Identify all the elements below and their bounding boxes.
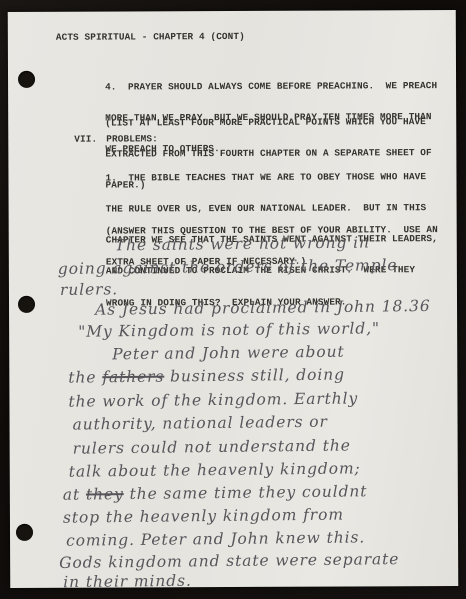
paper-sheet: ACTS SPIRITUAL - CHAPTER 4 (CONT) 4. PRA… xyxy=(8,10,459,588)
handwritten-line: in their minds. xyxy=(63,572,192,591)
handwritten-line: "My Kingdom is not of this world," xyxy=(78,319,380,340)
handwritten-line: rulers could not understand the xyxy=(73,437,351,458)
handwritten-line: talk about the heavenly kingdom; xyxy=(69,459,361,480)
section-title: PROBLEMS: xyxy=(106,134,158,145)
handwritten-line: The saints were not wrong in xyxy=(115,234,370,255)
struck-out-word: fathers xyxy=(102,368,164,387)
handwritten-line-with-strikethrough: at they the same time they couldnt xyxy=(63,482,368,503)
typed-line: (LIST AT LEAST FOUR MORE PRACTICAL POINT… xyxy=(105,117,431,129)
hole-punch-bottom-icon xyxy=(16,524,33,541)
typed-line: 4. PRAYER SHOULD ALWAYS COME BEFORE PREA… xyxy=(105,81,437,93)
handwritten-line: Peter and John were about xyxy=(112,343,345,364)
handwritten-line: the work of the kingdom. Earthly xyxy=(68,389,358,410)
handwritten-line: Gods kingdom and state were separate xyxy=(59,550,399,572)
handwritten-line: authority, national leaders or xyxy=(72,413,327,434)
handwritten-line: coming. Peter and John knew this. xyxy=(66,528,365,549)
hole-punch-middle-icon xyxy=(18,296,35,313)
scanned-document: ACTS SPIRITUAL - CHAPTER 4 (CONT) 4. PRA… xyxy=(0,0,466,599)
page-title: ACTS SPIRITUAL - CHAPTER 4 (CONT) xyxy=(56,32,245,43)
handwritten-segment: the xyxy=(68,368,102,386)
section-number: VII. xyxy=(74,135,97,146)
handwritten-line-with-strikethrough: the fathers business still, doing xyxy=(68,366,345,387)
typed-line: 1. THE BIBLE TEACHES THAT WE ARE TO OBEY… xyxy=(105,172,437,184)
handwritten-line: stop the heavenly kingdom from xyxy=(63,506,344,527)
struck-out-word: they xyxy=(86,485,124,503)
handwritten-segment: the same time they couldnt xyxy=(124,482,368,503)
handwritten-segment: business still, doing xyxy=(164,366,345,386)
handwritten-line: rulers. xyxy=(60,280,118,299)
handwritten-line: As Jesus had proclaimed in John 18.36 xyxy=(95,297,431,319)
handwritten-line: going against the orders of the Temple xyxy=(58,256,398,278)
hole-punch-top-icon xyxy=(18,71,35,88)
handwritten-segment: at xyxy=(63,486,86,504)
